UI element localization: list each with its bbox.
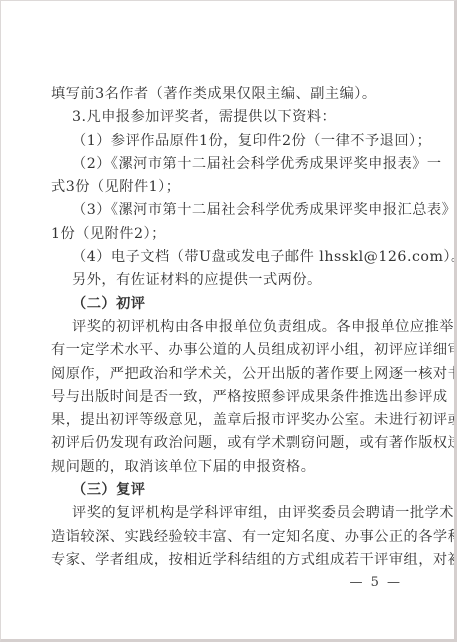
text-line: 评奖的复评机构是学科评审组，由评奖委员会聘请一批学术 (51, 502, 409, 525)
text-line: （1）参评作品原件1份，复印件2份（一律不予退回）； (51, 130, 409, 153)
document-page: 填写前3名作者（著作类成果仅限主编、副主编）。 3.凡申报参加评奖者，需提供以下… (0, 0, 457, 642)
text-line: 果，提出初评等级意见，盖章后报市评奖办公室。未进行初评或 (51, 409, 409, 432)
text-line: 1份（见附件2）； (51, 223, 409, 246)
text-line: （2）《漯河市第十二届社会科学优秀成果评奖申报表》一 (51, 153, 409, 176)
text-line: （3）《漯河市第十二届社会科学优秀成果评奖申报汇总表》 (51, 199, 409, 222)
document-text-block: 填写前3名作者（著作类成果仅限主编、副主编）。 3.凡申报参加评奖者，需提供以下… (51, 83, 409, 572)
text-line: 评奖的初评机构由各申报单位负责组成。各申报单位应推举 (51, 316, 409, 339)
text-line: 3.凡申报参加评奖者，需提供以下资料： (51, 106, 409, 129)
page-number: — 5 — (349, 575, 402, 590)
section-heading-fuping: （三）复评 (51, 479, 409, 502)
text-line: 专家、学者组成，按相近学科结组的方式组成若干评审组，对初 (51, 549, 409, 572)
section-heading-chuping: （二）初评 (51, 293, 409, 316)
text-line: 另外，有佐证材料的应提供一式两份。 (51, 269, 409, 292)
text-line: 式3份（见附件1）； (51, 176, 409, 199)
text-line: 阅原作，严把政治和学术关，公开出版的著作要上网逐一核对书 (51, 363, 409, 386)
text-line-email: （4）电子文档（带U盘或发电子邮件 lhsskl@126.com）。 (51, 246, 409, 269)
text-line: 造诣较深、实践经验较丰富、有一定知名度、办事公正的各学科 (51, 526, 409, 549)
text-line: 填写前3名作者（著作类成果仅限主编、副主编）。 (51, 83, 409, 106)
text-line: 有一定学术水平、办事公道的人员组成初评小组，初评应详细审 (51, 339, 409, 362)
text-line: 初评后仍发现有政治问题，或有学术剽窃问题，或有著作版权违 (51, 432, 409, 455)
text-line: 号与出版时间是否一致，严格按照参评成果条件推选出参评成 (51, 386, 409, 409)
text-line: 规问题的，取消该单位下届的申报资格。 (51, 456, 409, 479)
